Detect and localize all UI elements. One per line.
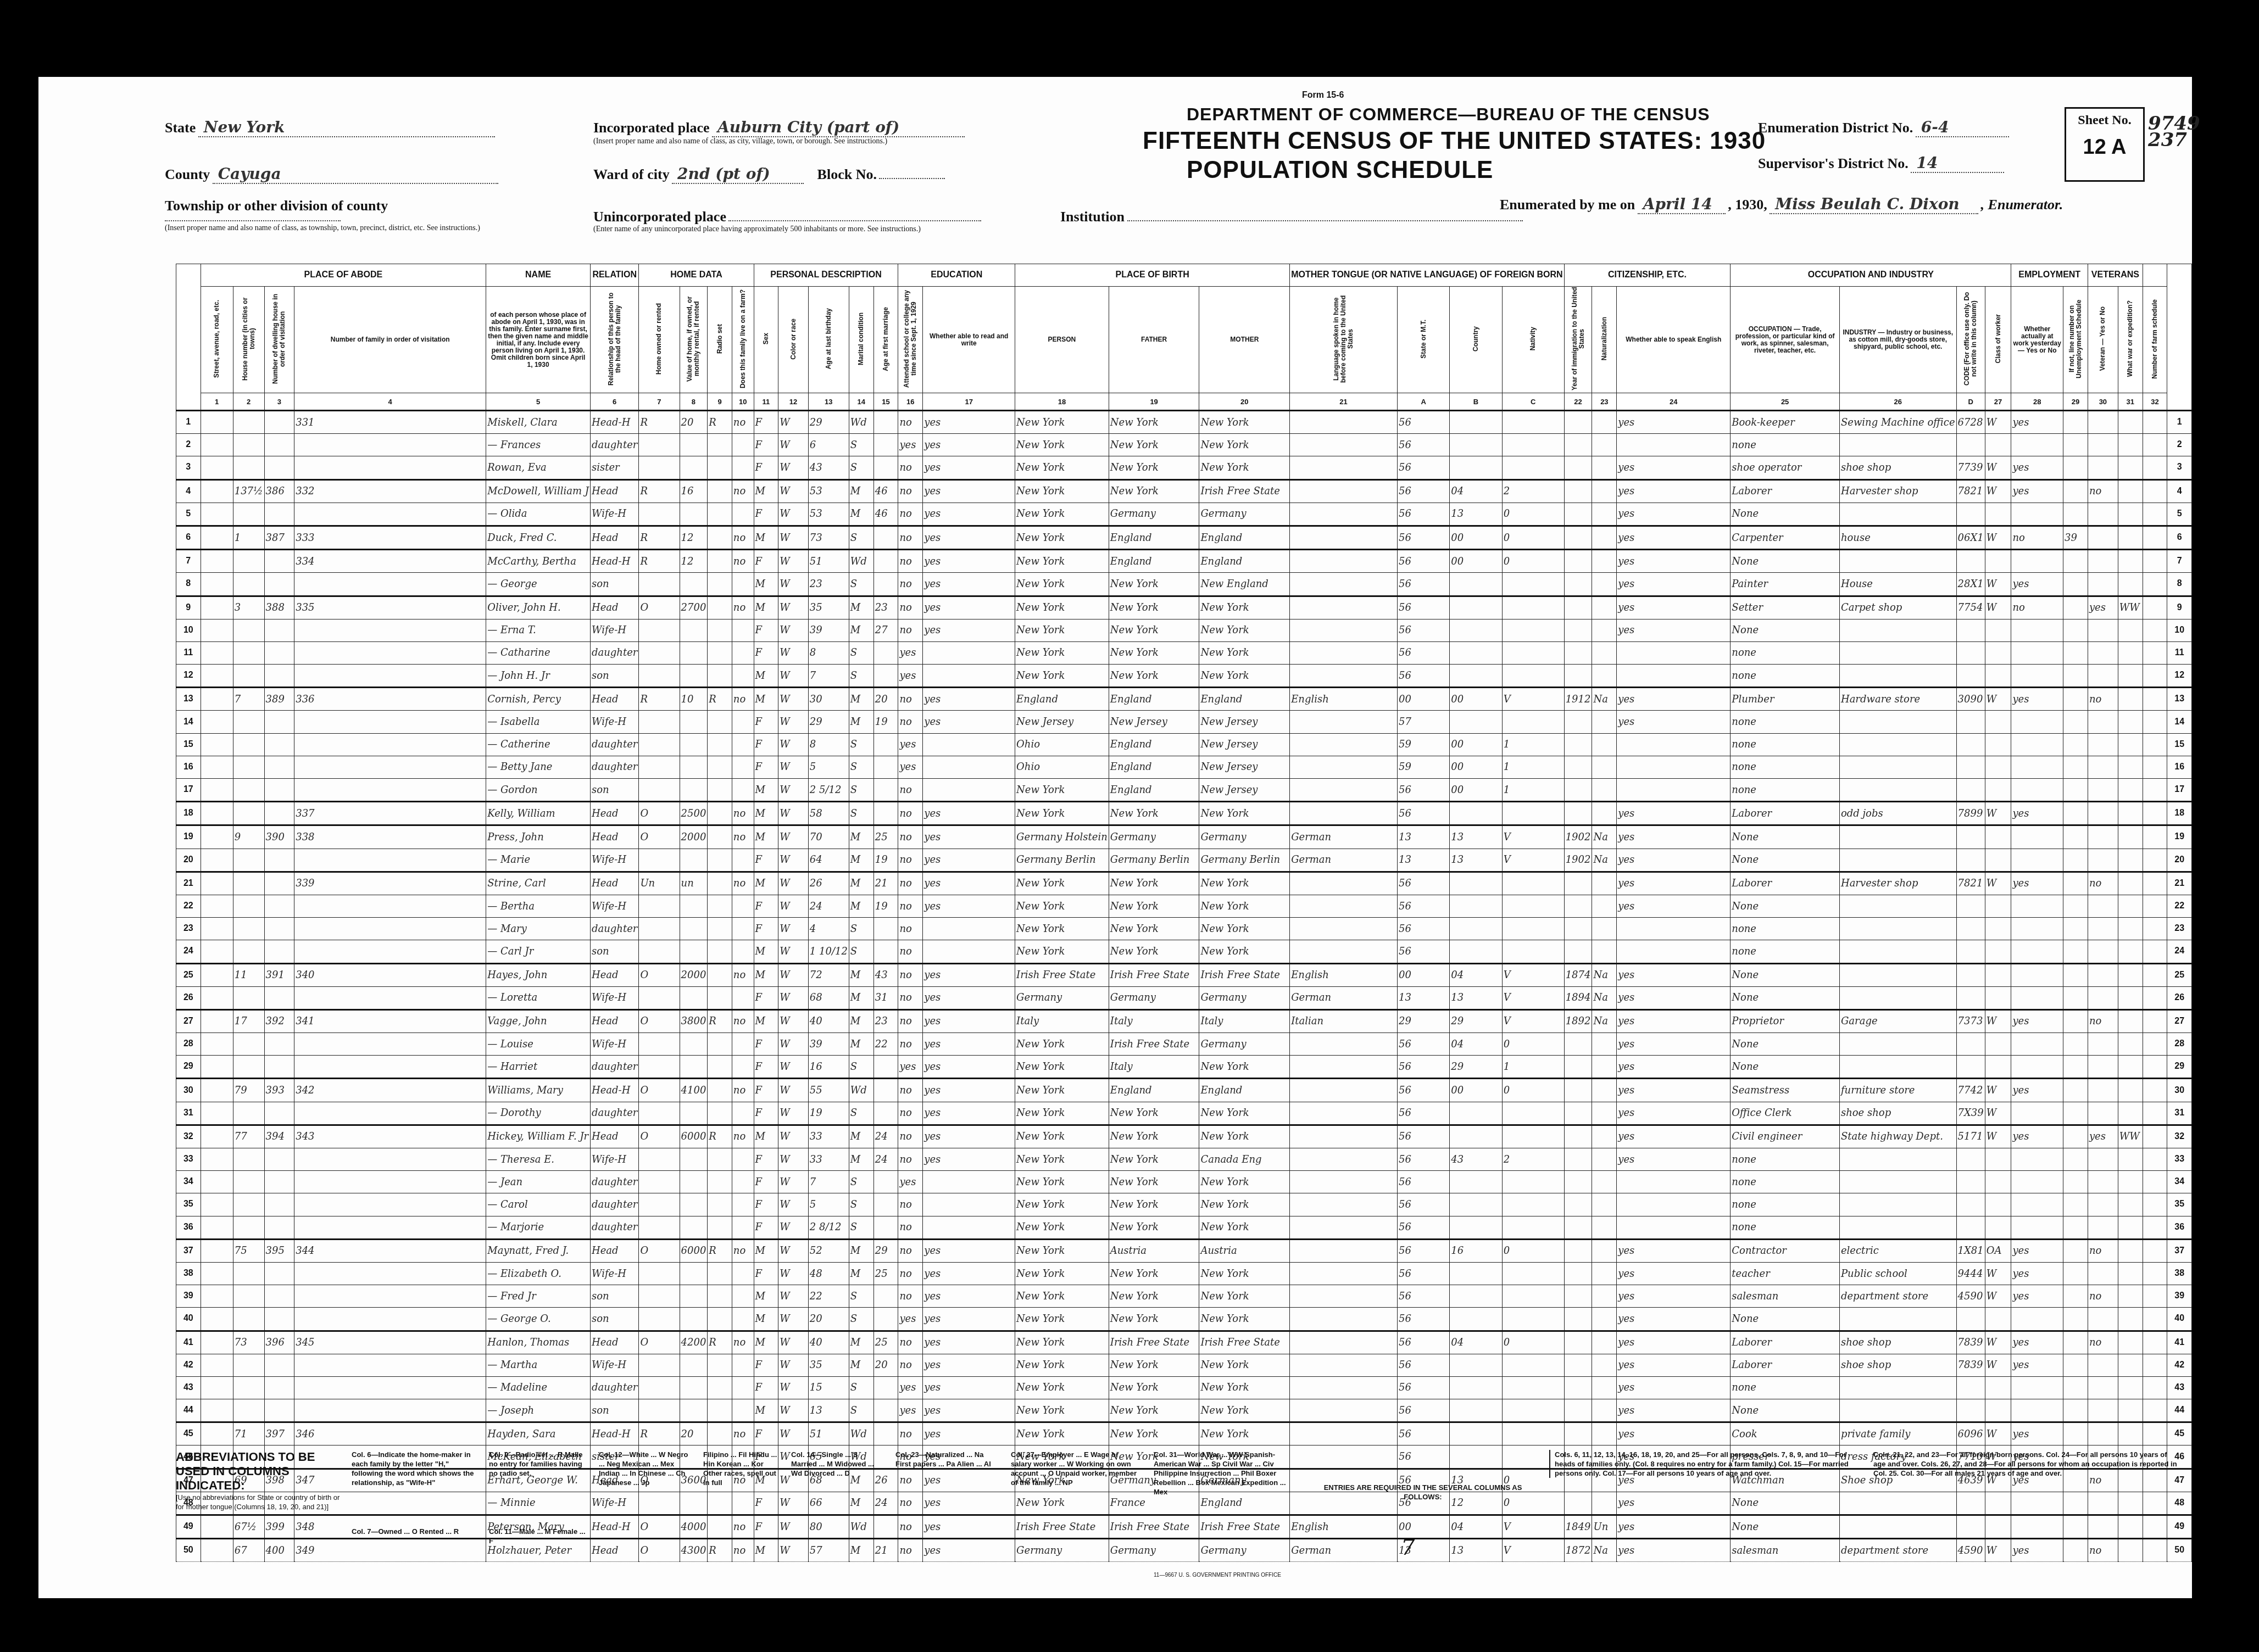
cell-immig (1564, 1079, 1592, 1102)
cell-code-b: 29 (1450, 1009, 1502, 1032)
cell-immig: 1902 (1564, 825, 1592, 849)
cell-birth: New York (1015, 1171, 1109, 1193)
cell-occupation: Civil engineer (1731, 1125, 1840, 1148)
cell-father: New York (1109, 918, 1199, 940)
cell-family: 346 (294, 1422, 486, 1445)
cell-class (1985, 1148, 2011, 1171)
cell-code-a: 56 (1397, 1262, 1449, 1285)
cell-age: 48 (808, 1262, 849, 1285)
cell-code-d: 3090 (1956, 688, 1985, 711)
cell-father: New York (1109, 1285, 1199, 1308)
cell-age: 1 10/12 (808, 940, 849, 963)
cell-code-c (1502, 1354, 1564, 1376)
cell-value (680, 619, 708, 641)
cell-code-a: 56 (1397, 573, 1449, 596)
line-number-right: 28 (2167, 1033, 2192, 1056)
cell-unemp (2063, 1056, 2088, 1079)
cell-farm-sched (2143, 756, 2167, 778)
cell-marital: M (849, 1125, 873, 1148)
line-number-right: 5 (2167, 503, 2192, 526)
cell-radio: R (708, 1331, 732, 1354)
cell-school: no (898, 1009, 923, 1032)
cell-natur (1592, 503, 1617, 526)
cell-unemp (2063, 1009, 2088, 1032)
cell-vet (2088, 1171, 2118, 1193)
cell-war (2118, 963, 2143, 986)
cell-marital: M (849, 872, 873, 895)
cell-age-marr (873, 802, 898, 825)
line-number: 29 (176, 1056, 201, 1079)
cell-birth: New York (1015, 411, 1109, 434)
cell-radio (708, 1308, 732, 1331)
column-number: 13 (808, 393, 849, 411)
cell-lang (1290, 1331, 1398, 1354)
cell-farm (732, 733, 754, 756)
cell-owned (639, 573, 680, 596)
cell-english (1617, 1193, 1731, 1216)
cell-owned: O (639, 1009, 680, 1032)
cell-street (201, 940, 233, 963)
column-number: 23 (1592, 393, 1617, 411)
cell-immig (1564, 1125, 1592, 1148)
cell-read: yes (923, 1079, 1015, 1102)
cell-code-b (1450, 1216, 1502, 1239)
cell-age: 52 (808, 1239, 849, 1262)
cell-lang (1290, 1262, 1398, 1285)
cell-code-b (1450, 456, 1502, 479)
cell-war (2118, 456, 2143, 479)
column-header: FATHER (1109, 287, 1199, 393)
cell-english: yes (1617, 550, 1731, 573)
cell-dwelling (264, 665, 294, 688)
cell-code-b (1450, 434, 1502, 456)
cell-street (201, 849, 233, 872)
line-number-right: 39 (2167, 1285, 2192, 1308)
cell-family (294, 456, 486, 479)
cell-class: W (1985, 1009, 2011, 1032)
cell-house (233, 1193, 264, 1216)
cell-vet (2088, 619, 2118, 641)
cell-immig (1564, 596, 1592, 619)
cell-read: yes (923, 1262, 1015, 1285)
cell-age: 7 (808, 665, 849, 688)
cell-class: W (1985, 1422, 2011, 1445)
cell-farm: no (732, 1331, 754, 1354)
cell-house (233, 641, 264, 664)
cell-code-b: 00 (1450, 688, 1502, 711)
cell-natur (1592, 1376, 1617, 1399)
column-number: 8 (680, 393, 708, 411)
cell-unemp (2063, 1079, 2088, 1102)
cell-at-work (2011, 619, 2063, 641)
cell-read: yes (923, 872, 1015, 895)
incorporated-value: Auburn City (part of) (712, 118, 965, 137)
cell-street (201, 756, 233, 778)
cell-radio (708, 1079, 732, 1102)
cell-farm (732, 573, 754, 596)
table-row: 33— Theresa E.Wife-HFW33M24noyesNew York… (176, 1148, 2192, 1171)
cell-radio: R (708, 1125, 732, 1148)
cell-marital: M (849, 1148, 873, 1171)
cell-farm-sched (2143, 411, 2167, 434)
cell-age-marr: 46 (873, 503, 898, 526)
cell-code-c (1502, 872, 1564, 895)
column-header: Radio set (708, 287, 732, 393)
abbreviations-title: ABBREVIATIONS TO BE USED IN COLUMNS INDI… (176, 1450, 341, 1493)
cell-farm (732, 1148, 754, 1171)
cell-school: no (898, 479, 923, 503)
cell-english: yes (1617, 688, 1731, 711)
cell-lang: German (1290, 849, 1398, 872)
column-header-label: Veteran — Yes or No (2099, 306, 2106, 371)
cell-marital: M (849, 1033, 873, 1056)
cell-school: no (898, 802, 923, 825)
cell-relation: Head (590, 963, 638, 986)
cell-code-c: 2 (1502, 479, 1564, 503)
cell-war (2118, 434, 2143, 456)
cell-natur (1592, 733, 1617, 756)
cell-family (294, 779, 486, 802)
cell-code-a: 56 (1397, 641, 1449, 664)
cell-at-work: yes (2011, 1125, 2063, 1148)
cell-unemp (2063, 825, 2088, 849)
cell-occupation: none (1731, 918, 1840, 940)
table-row: 3277394343Hickey, William F. JrHeadO6000… (176, 1125, 2192, 1148)
cell-farm-sched (2143, 825, 2167, 849)
enumeration-district-label: Enumeration District No. (1758, 120, 1913, 136)
cell-farm: no (732, 1009, 754, 1032)
cell-radio (708, 779, 732, 802)
cell-school: no (898, 596, 923, 619)
cell-name: — Carl Jr (486, 940, 591, 963)
cell-radio (708, 895, 732, 917)
column-header: Value of home, if owned, or monthly rent… (680, 287, 708, 393)
cell-occupation: Seamstress (1731, 1079, 1840, 1102)
cell-code-c (1502, 1422, 1564, 1445)
cell-name: — Martha (486, 1354, 591, 1376)
cell-race: W (778, 940, 809, 963)
cell-street (201, 596, 233, 619)
cell-street (201, 434, 233, 456)
table-row: 5— OlidaWife-HFW53M46noyesNew YorkGerman… (176, 503, 2192, 526)
cell-code-c (1502, 895, 1564, 917)
table-row: 21339Strine, CarlHeadUnunnoMW26M21noyesN… (176, 872, 2192, 895)
column-group-header: RELATION (590, 264, 638, 287)
cell-farm: no (732, 1239, 754, 1262)
table-row: 3Rowan, EvasisterFW43SnoyesNew YorkNew Y… (176, 456, 2192, 479)
cell-house (233, 1376, 264, 1399)
cell-unemp (2063, 434, 2088, 456)
cell-code-a: 13 (1397, 849, 1449, 872)
cell-mother: Germany (1199, 503, 1290, 526)
cell-value (680, 895, 708, 917)
cell-owned: R (639, 1422, 680, 1445)
cell-unemp (2063, 1422, 2088, 1445)
cell-birth: New York (1015, 1125, 1109, 1148)
cell-age-marr: 20 (873, 688, 898, 711)
cell-unemp (2063, 573, 2088, 596)
cell-english: yes (1617, 1239, 1731, 1262)
cell-code-d (1956, 963, 1985, 986)
cell-street (201, 1422, 233, 1445)
cell-read: yes (923, 1285, 1015, 1308)
cell-class: W (1985, 1262, 2011, 1285)
column-number: B (1450, 393, 1502, 411)
cell-street (201, 1308, 233, 1331)
cell-relation: Head (590, 688, 638, 711)
cell-farm (732, 849, 754, 872)
column-header-label: Age at first marriage (882, 307, 889, 371)
cell-code-b (1450, 1171, 1502, 1193)
cell-occupation: None (1731, 1308, 1840, 1331)
cell-english (1617, 733, 1731, 756)
cell-class: W (1985, 688, 2011, 711)
cell-code-b: 13 (1450, 849, 1502, 872)
cell-name: — Catherine (486, 733, 591, 756)
cell-farm-sched (2143, 918, 2167, 940)
cell-at-work (2011, 825, 2063, 849)
cell-race: W (778, 1422, 809, 1445)
cell-farm-sched (2143, 1079, 2167, 1102)
line-number: 7 (176, 550, 201, 573)
cell-war (2118, 1033, 2143, 1056)
cell-farm-sched (2143, 641, 2167, 664)
column-header-label: If not, line number on Unemployment Sche… (2068, 287, 2083, 391)
line-number: 16 (176, 756, 201, 778)
enumerated-label: Enumerated by me on (1500, 197, 1635, 213)
cell-dwelling (264, 1193, 294, 1216)
cell-radio (708, 456, 732, 479)
cell-vet (2088, 641, 2118, 664)
cell-birth: New York (1015, 1422, 1109, 1445)
cell-farm (732, 918, 754, 940)
cell-value (680, 641, 708, 664)
cell-dwelling (264, 1056, 294, 1079)
cell-mother: New York (1199, 1216, 1290, 1239)
supervisor-district-value: 14 (1911, 154, 2004, 173)
column-number: 28 (2011, 393, 2063, 411)
cell-natur (1592, 711, 1617, 733)
cell-birth: New York (1015, 1056, 1109, 1079)
column-number: 4 (294, 393, 486, 411)
cell-code-c (1502, 918, 1564, 940)
cell-unemp (2063, 711, 2088, 733)
cell-relation: Wife-H (590, 503, 638, 526)
cell-sex: F (754, 986, 778, 1009)
cell-relation: Wife-H (590, 619, 638, 641)
cell-industry: shoe shop (1839, 1331, 1956, 1354)
cell-radio (708, 596, 732, 619)
cell-lang (1290, 1125, 1398, 1148)
cell-dwelling (264, 849, 294, 872)
cell-vet (2088, 849, 2118, 872)
cell-relation: Head (590, 1009, 638, 1032)
cell-father: New York (1109, 1422, 1199, 1445)
cell-immig (1564, 550, 1592, 573)
cell-sex: F (754, 918, 778, 940)
cell-dwelling (264, 1376, 294, 1399)
cell-immig (1564, 619, 1592, 641)
cell-mother: New York (1199, 1193, 1290, 1216)
cell-lang (1290, 1285, 1398, 1308)
cell-street (201, 456, 233, 479)
cell-code-a: 56 (1397, 503, 1449, 526)
cell-school: no (898, 1239, 923, 1262)
cell-lang (1290, 779, 1398, 802)
cell-street (201, 526, 233, 549)
cell-code-d (1956, 733, 1985, 756)
cell-radio (708, 756, 732, 778)
cell-value (680, 1056, 708, 1079)
cell-code-a: 56 (1397, 596, 1449, 619)
cell-farm-sched (2143, 434, 2167, 456)
cell-owned (639, 1354, 680, 1376)
cell-read: yes (923, 479, 1015, 503)
line-number-right: 11 (2167, 641, 2192, 664)
cell-at-work: yes (2011, 1079, 2063, 1102)
cell-sex: M (754, 1331, 778, 1354)
cell-natur (1592, 1399, 1617, 1422)
cell-vet (2088, 1193, 2118, 1216)
line-number: 15 (176, 733, 201, 756)
cell-race: W (778, 1285, 809, 1308)
incorporated-field: Incorporated place Auburn City (part of)… (593, 118, 965, 146)
cell-father: Germany Berlin (1109, 849, 1199, 872)
cell-age-marr (873, 779, 898, 802)
line-number: 26 (176, 986, 201, 1009)
cell-code-a: 56 (1397, 779, 1449, 802)
cell-code-c (1502, 711, 1564, 733)
line-number-right: 44 (2167, 1399, 2192, 1422)
cell-war (2118, 641, 2143, 664)
cell-school: no (898, 573, 923, 596)
cell-natur (1592, 1422, 1617, 1445)
enumerated-date: April 14 (1638, 195, 1726, 214)
line-number-header (176, 264, 201, 411)
cell-value: 12 (680, 550, 708, 573)
cell-birth: New York (1015, 1148, 1109, 1171)
cell-immig (1564, 1331, 1592, 1354)
cell-marital: M (849, 895, 873, 917)
cell-school: no (898, 1125, 923, 1148)
column-header-label: House number (in cities or towns) (242, 287, 256, 391)
cell-mother: England (1199, 526, 1290, 549)
cell-occupation: None (1731, 1033, 1840, 1056)
column-header-label: Sex (763, 333, 770, 344)
cell-father: New York (1109, 1399, 1199, 1422)
cell-code-a: 56 (1397, 1171, 1449, 1193)
cell-industry (1839, 825, 1956, 849)
line-number: 45 (176, 1422, 201, 1445)
cell-natur (1592, 596, 1617, 619)
cell-value (680, 1262, 708, 1285)
cell-code-d (1956, 940, 1985, 963)
cell-age: 73 (808, 526, 849, 549)
cell-industry (1839, 503, 1956, 526)
cell-owned (639, 1262, 680, 1285)
cell-name: — Theresa E. (486, 1148, 591, 1171)
cell-owned: O (639, 825, 680, 849)
cell-vet: no (2088, 479, 2118, 503)
cell-name: Cornish, Percy (486, 688, 591, 711)
cell-occupation: Setter (1731, 596, 1840, 619)
cell-family: 339 (294, 872, 486, 895)
cell-farm (732, 503, 754, 526)
cell-immig (1564, 1056, 1592, 1079)
cell-industry (1839, 849, 1956, 872)
cell-code-c: 1 (1502, 756, 1564, 778)
line-number-right: 38 (2167, 1262, 2192, 1285)
column-number: 1 (201, 393, 233, 411)
cell-school: no (898, 711, 923, 733)
line-number-right: 26 (2167, 986, 2192, 1009)
cell-farm-sched (2143, 872, 2167, 895)
cell-english: yes (1617, 1354, 1731, 1376)
line-number: 2 (176, 434, 201, 456)
cell-natur (1592, 619, 1617, 641)
cell-code-d (1956, 1033, 1985, 1056)
cell-code-b: 29 (1450, 1056, 1502, 1079)
cell-race: W (778, 895, 809, 917)
cell-father: England (1109, 688, 1199, 711)
cell-name: — Olida (486, 503, 591, 526)
cell-immig (1564, 733, 1592, 756)
cell-mother: Germany Berlin (1199, 849, 1290, 872)
line-number: 25 (176, 963, 201, 986)
cell-age: 64 (808, 849, 849, 872)
cell-industry (1839, 963, 1956, 986)
cell-read: yes (923, 711, 1015, 733)
cell-class: W (1985, 573, 2011, 596)
cell-lang (1290, 1056, 1398, 1079)
cell-family: 343 (294, 1125, 486, 1148)
cell-radio (708, 434, 732, 456)
cell-birth: New York (1015, 1079, 1109, 1102)
line-number-right: 3 (2167, 456, 2192, 479)
cell-vet: no (2088, 872, 2118, 895)
cell-vet: no (2088, 1285, 2118, 1308)
cell-relation: Head (590, 1125, 638, 1148)
cell-relation: daughter (590, 756, 638, 778)
cell-read: yes (923, 986, 1015, 1009)
cell-dwelling (264, 641, 294, 664)
cell-street (201, 1056, 233, 1079)
line-number: 28 (176, 1033, 201, 1056)
cell-at-work: yes (2011, 1262, 2063, 1285)
page-stamp: 9749 237 (2148, 115, 2200, 148)
institution-value (1127, 220, 1523, 221)
table-row: 199390338Press, JohnHeadO2000noMW70M25no… (176, 825, 2192, 849)
cell-lang (1290, 733, 1398, 756)
cell-age-marr (873, 1422, 898, 1445)
column-number: 11 (754, 393, 778, 411)
cell-class (1985, 963, 2011, 986)
cell-family: 345 (294, 1331, 486, 1354)
line-number: 35 (176, 1193, 201, 1216)
cell-farm-sched (2143, 456, 2167, 479)
cell-age: 53 (808, 479, 849, 503)
cell-age: 15 (808, 1376, 849, 1399)
cell-name: — Carol (486, 1193, 591, 1216)
cell-code-d (1956, 1056, 1985, 1079)
line-number-right: 40 (2167, 1308, 2192, 1331)
cell-code-a: 56 (1397, 1422, 1449, 1445)
cell-at-work (2011, 940, 2063, 963)
cell-value (680, 733, 708, 756)
cell-code-d (1956, 895, 1985, 917)
cell-lang (1290, 550, 1398, 573)
table-row: 24— Carl JrsonMW1 10/12SnoNew YorkNew Yo… (176, 940, 2192, 963)
